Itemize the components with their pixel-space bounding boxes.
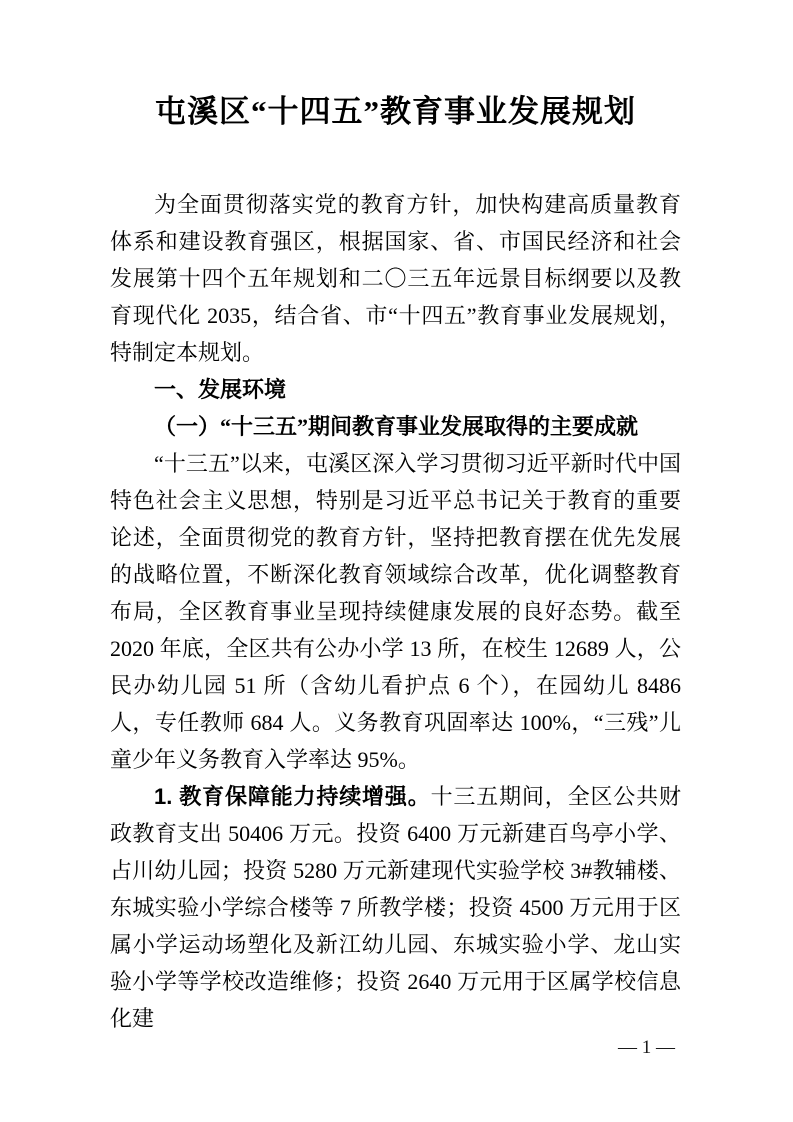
achievements-overview-paragraph: “十三五”以来，屯溪区深入学习贯彻习近平新时代中国特色社会主义思想，特别是习近平…: [110, 445, 681, 778]
page-number: — 1 —: [618, 1037, 675, 1058]
point-body-education-guarantee: 十三五期间，全区公共财政教育支出 50406 万元。投资 6400 万元新建百鸟…: [110, 784, 681, 1031]
subsection-heading-13th-five-achievements: （一）“十三五”期间教育事业发展取得的主要成就: [110, 408, 681, 445]
point-lead-education-guarantee: 1. 教育保障能力持续增强。: [154, 784, 431, 809]
section-heading-development-environment: 一、发展环境: [110, 371, 681, 408]
document-content: 屯溪区“十四五”教育事业发展规划 为全面贯彻落实党的教育方针，加快构建高质量教育…: [110, 0, 681, 1037]
document-page: 屯溪区“十四五”教育事业发展规划 为全面贯彻落实党的教育方针，加快构建高质量教育…: [0, 0, 793, 1122]
numbered-point-paragraph: 1. 教育保障能力持续增强。十三五期间，全区公共财政教育支出 50406 万元。…: [110, 778, 681, 1037]
document-title: 屯溪区“十四五”教育事业发展规划: [110, 90, 681, 134]
page-footer: — 1 —: [618, 1036, 675, 1060]
intro-paragraph: 为全面贯彻落实党的教育方针，加快构建高质量教育体系和建设教育强区，根据国家、省、…: [110, 186, 681, 371]
